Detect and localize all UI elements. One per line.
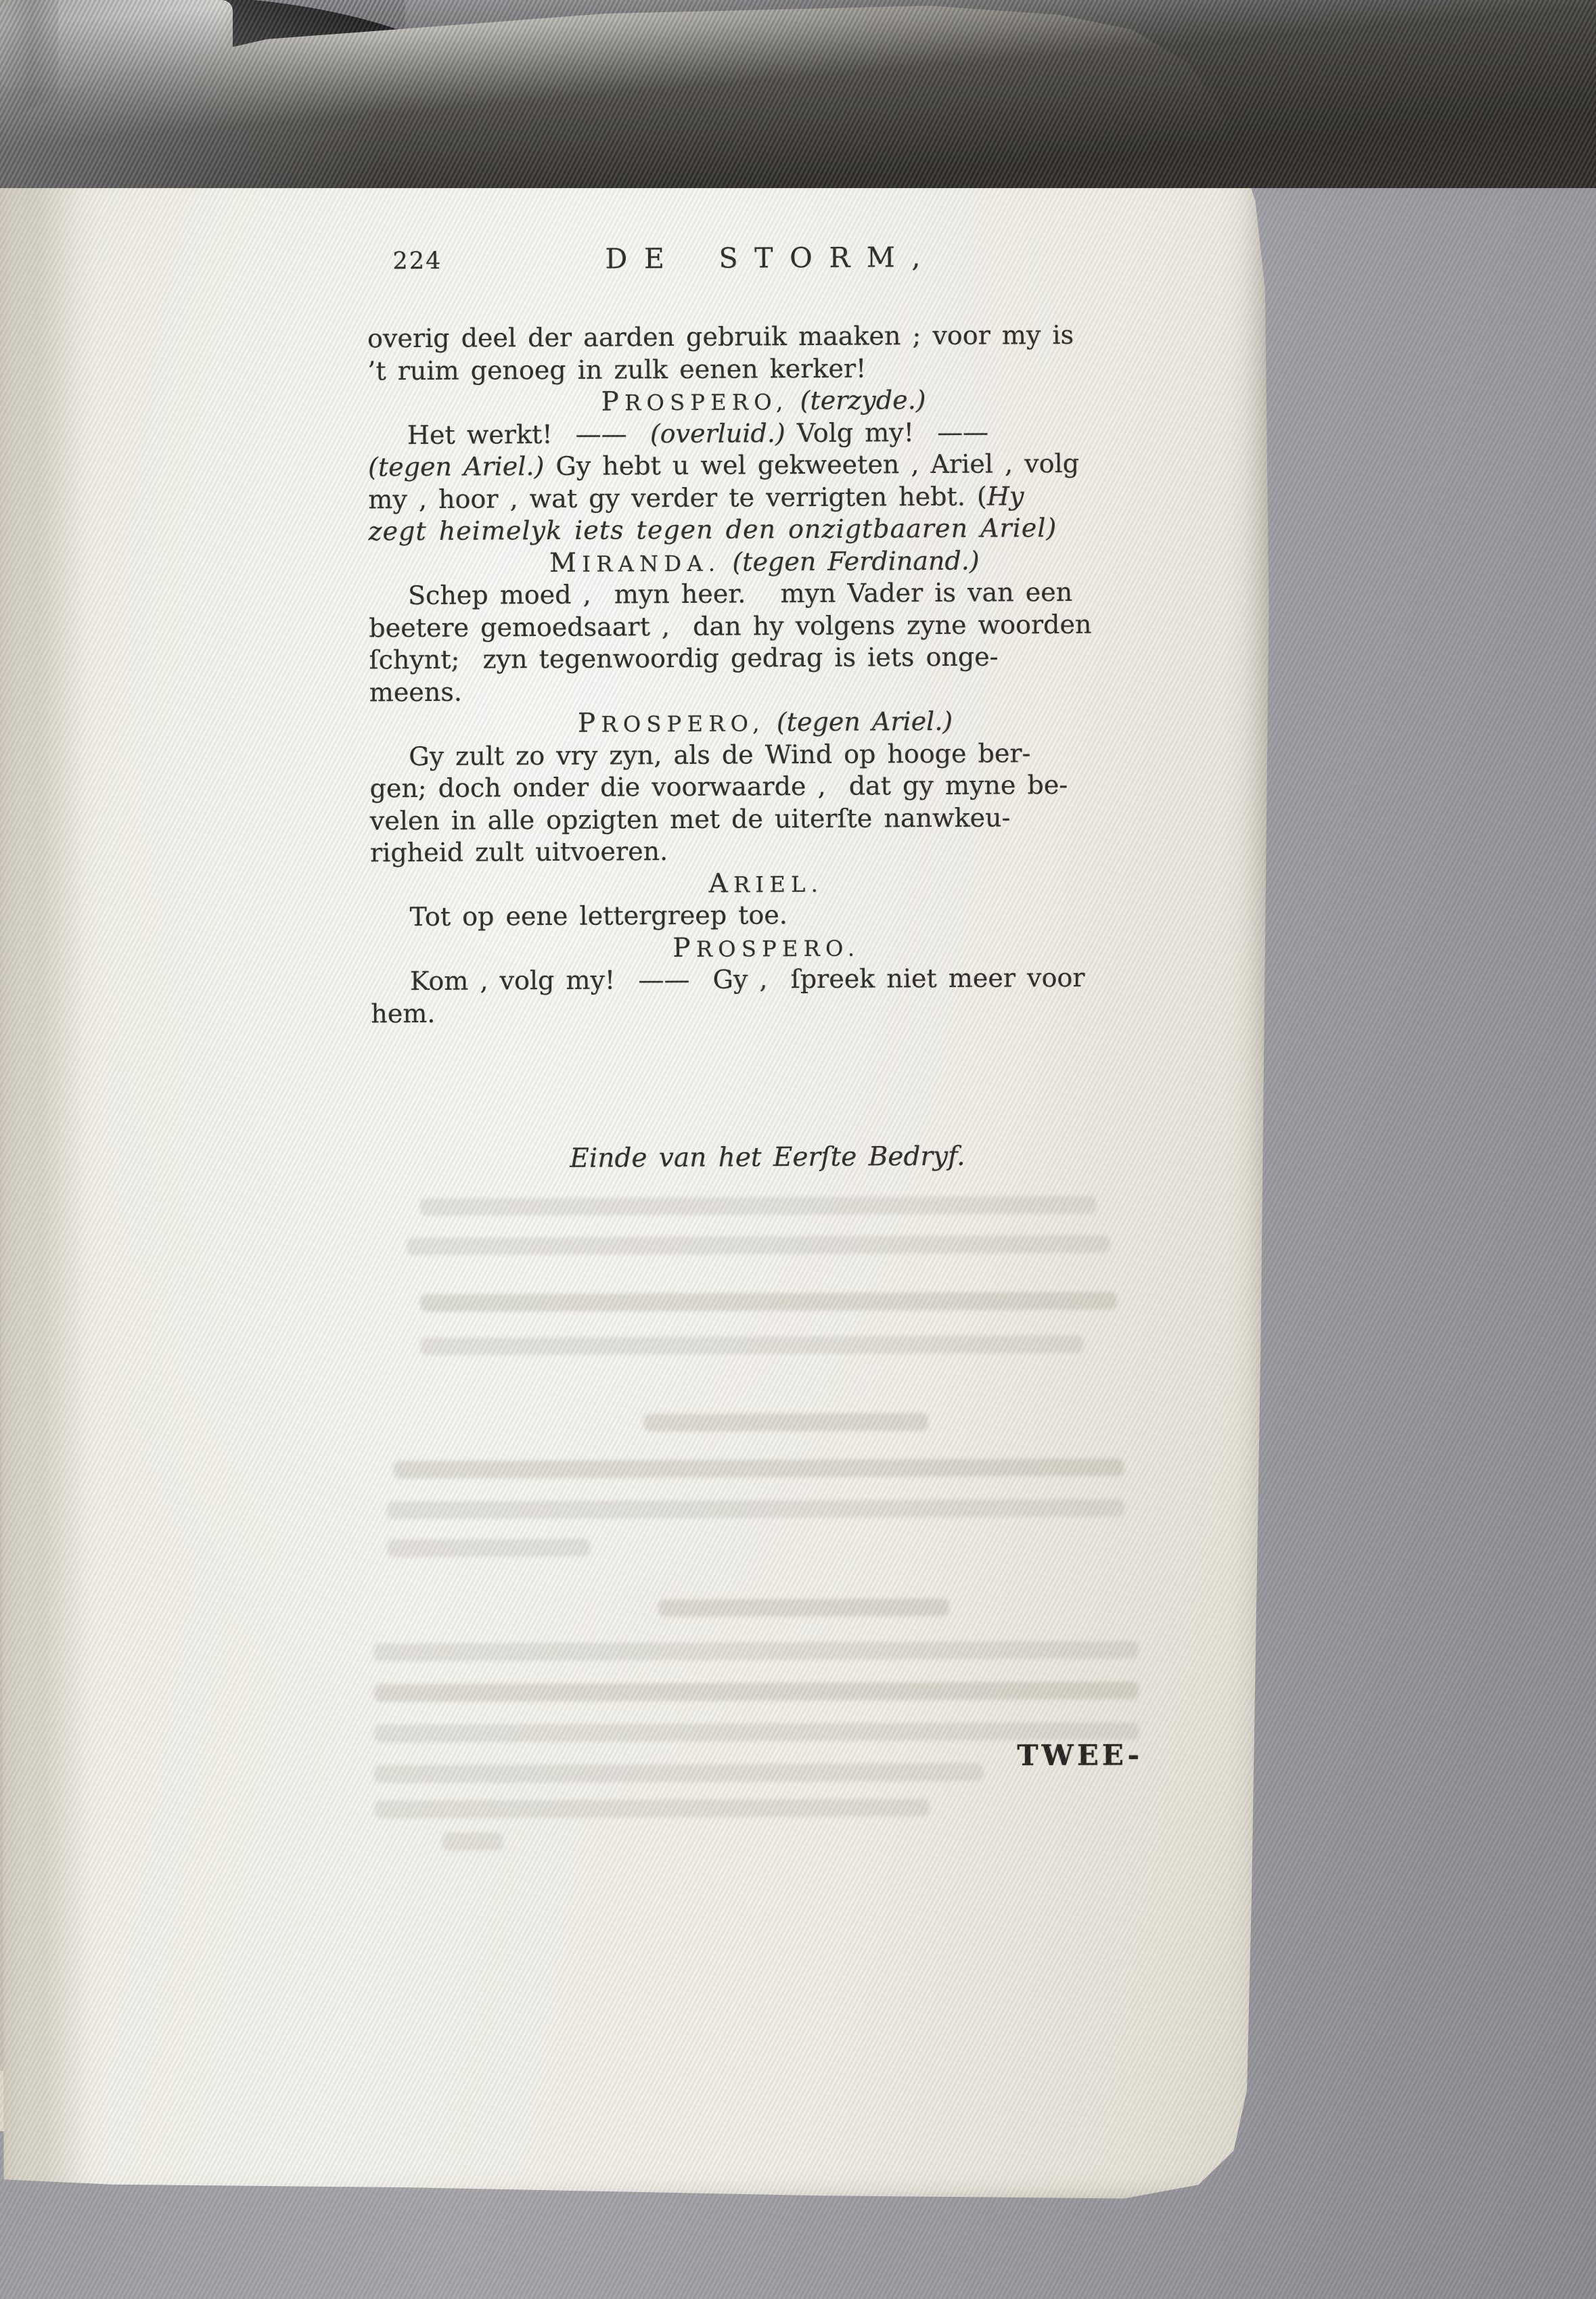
speaker-name: Ariel. <box>708 867 823 898</box>
speech-heading: Prospero, (terzyde.) <box>367 384 1159 420</box>
show-through-text <box>407 1235 1110 1256</box>
text-line: gen; doch onder die voorwaarde , dat gy … <box>369 769 1161 806</box>
show-through-text <box>387 1539 590 1557</box>
photo-scene: HIbnohrc 224 DE STORM, overig deel der a… <box>0 0 1596 2299</box>
speech-text: Het werkt! —— <box>407 419 650 450</box>
text-line: Tot op eene lettergreep toe. <box>370 898 1162 934</box>
speaker-name: Prospero, <box>601 386 789 417</box>
page-crease <box>0 2 85 2209</box>
text-line: beetere gemoedsaart , dan hy volgens zyn… <box>369 609 1160 645</box>
speech-text: Kom , volg my! —— Gy , ſpreek niet meer … <box>410 963 1085 996</box>
speech-text: gen; doch onder die voorwaarde , dat gy … <box>369 770 1068 803</box>
speech-text: Volg my! —— <box>785 417 989 448</box>
text-line: Einde van het Eerſte Bedryf. <box>371 1140 1163 1177</box>
speech-text: Tot op eene lettergreep toe. <box>409 900 788 932</box>
text-block: 224 DE STORM, overig deel der aarden geb… <box>367 240 1163 1177</box>
text-line: hem. <box>371 995 1162 1031</box>
text-line: Gy zult zo vry zyn, als de Wind op hooge… <box>369 737 1161 774</box>
text-line: zegt heimelyk iets tegen den onzigtbaare… <box>368 512 1160 549</box>
text-line: ſchynt; zyn tegenwoordig gedrag is iets … <box>369 641 1160 677</box>
text-line: overig deel der aarden gebruik maaken ; … <box>367 319 1159 356</box>
speech-text: righeid zult uitvoeren. <box>370 836 668 867</box>
book-page: 224 DE STORM, overig deel der aarden geb… <box>0 0 1276 2209</box>
speech-text: ’t ruim genoeg in zulk eenen kerker! <box>367 353 866 386</box>
speech-text: Gy hebt u wel gekweeten , Ariel , volg <box>544 449 1079 481</box>
speech-text: overig deel der aarden gebruik maaken ; … <box>367 320 1074 353</box>
show-through-text <box>644 1413 928 1431</box>
speech-heading: Ariel. <box>370 866 1162 903</box>
show-through-text <box>374 1681 1139 1702</box>
text-line: (tegen Ariel.) Gy hebt u wel gekweeten ,… <box>368 448 1160 484</box>
text-line: meens. <box>369 673 1161 710</box>
show-through-text <box>442 1833 503 1850</box>
show-through-text <box>387 1499 1124 1519</box>
text-line: Het werkt! —— (overluid.) Volg my! —— <box>368 416 1160 453</box>
text-line: ’t ruim genoeg in zulk eenen kerker! <box>367 352 1159 388</box>
text-line: Schep moed , myn heer. myn Vader is van … <box>369 576 1160 613</box>
show-through-text <box>374 1641 1139 1661</box>
page-header: 224 DE STORM, <box>367 240 1158 280</box>
stage-direction: (tegen Ferdinand.) <box>721 545 980 576</box>
speech-text: Gy zult zo vry zyn, als de Wind op hooge… <box>409 738 1030 771</box>
speaker-name: Prospero, <box>578 707 765 738</box>
show-through-text <box>658 1598 949 1617</box>
table-shadow <box>0 0 1596 188</box>
text-line: Kom , volg my! —— Gy , ſpreek niet meer … <box>371 962 1162 999</box>
text-line: velen in alle opzigten met de uiterſte n… <box>370 802 1162 838</box>
speech-text: velen in alle opzigten met de uiterſte n… <box>370 802 1011 836</box>
stage-direction: (overluid.) <box>650 418 785 449</box>
speech-heading: Miranda. (tegen Ferdinand.) <box>369 545 1160 581</box>
speaker-name: Prospero. <box>672 932 860 963</box>
stage-direction: (terzyde.) <box>788 385 926 415</box>
text-lines: overig deel der aarden gebruik maaken ; … <box>367 319 1164 1177</box>
speech-text: beetere gemoedsaart , dan hy volgens zyn… <box>369 609 1091 643</box>
speech-text: Schep moed , myn heer. myn Vader is van … <box>408 577 1072 610</box>
speech-heading: Prospero, (tegen Ariel.) <box>369 705 1161 742</box>
show-through-text <box>420 1292 1117 1313</box>
speech-heading: Prospero. <box>371 930 1162 967</box>
stage-direction: zegt heimelyk iets tegen den onzigtbaare… <box>368 513 1057 546</box>
stage-direction: Einde van het Eerſte Bedryf. <box>570 1141 965 1174</box>
show-through-text <box>419 1196 1096 1216</box>
speaker-name: Miranda. <box>549 547 721 578</box>
page-curl-shading <box>0 2 106 2210</box>
stage-direction: Hy <box>987 481 1024 511</box>
page-curl-shading <box>0 2 92 2209</box>
running-title: DE STORM, <box>367 240 1158 276</box>
show-through-text <box>420 1336 1083 1355</box>
text-line: righeid zult uitvoeren. <box>370 834 1162 870</box>
catchword: TWEE- <box>1017 1738 1143 1772</box>
speech-text: hem. <box>371 998 435 1028</box>
stage-direction: (tegen Ariel.) <box>368 451 544 482</box>
text-line: my , hoor , wat gy verder te verrigten h… <box>368 480 1160 517</box>
stage-direction: (tegen Ariel.) <box>765 706 953 737</box>
show-through-text <box>375 1798 930 1818</box>
speech-text: ſchynt; zyn tegenwoordig gedrag is iets … <box>369 642 998 675</box>
show-through-text <box>394 1458 1124 1478</box>
speech-text: meens. <box>369 677 462 707</box>
show-through-text <box>374 1763 983 1783</box>
speech-text: my , hoor , wat gy verder te verrigten h… <box>368 481 987 514</box>
